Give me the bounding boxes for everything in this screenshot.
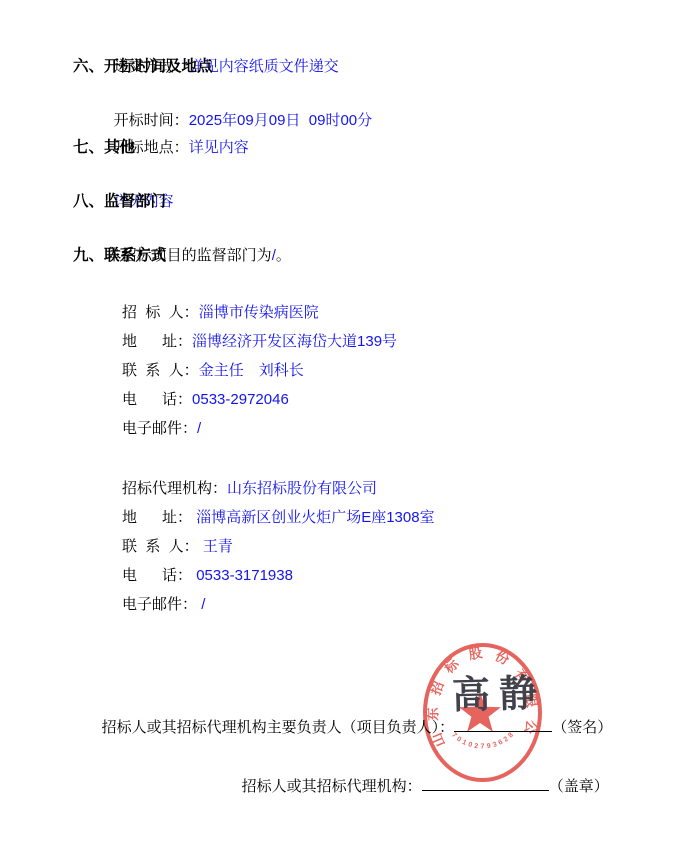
- tenderer-name-label: 招 标 人：: [122, 304, 199, 321]
- tenderer-email-label: 电子邮件：: [122, 420, 197, 437]
- supervision-row: 本招标项目的监督部门为/。: [90, 215, 676, 242]
- signature-line1-label: 招标人或其招标代理机构主要负责人（项目负责人）：: [102, 719, 455, 736]
- signature-line-org: 招标人或其招标代理机构：（盖章）: [225, 745, 676, 773]
- tender-notice-document: 递交方式：详见内容纸质文件递交 六、开标时间及地点 开标时间：2025年09月0…: [0, 0, 676, 868]
- tenderer-phone-value: 0533-2972046: [192, 391, 289, 408]
- open-time-row: 开标时间：2025年09月09日 09时00分: [97, 80, 676, 107]
- agency-phone-value: 0533-3171938: [192, 567, 293, 584]
- tenderer-phone-label: 电 话：: [122, 391, 192, 408]
- signature-line2-suffix: （盖章）: [549, 778, 609, 795]
- section9-heading: 九、联系方式: [73, 242, 676, 269]
- agency-contact-value: 王青: [199, 538, 233, 555]
- section8-heading: 八、监督部门: [73, 188, 676, 215]
- open-place-value: 详见内容: [189, 139, 249, 156]
- tenderer-email-value: /: [197, 420, 201, 437]
- delivery-method-row: 递交方式：详见内容纸质文件递交: [97, 26, 676, 53]
- agency-phone-label: 电 话：: [122, 567, 192, 584]
- signature-line-principal: 招标人或其招标代理机构主要负责人（项目负责人）：（签名）: [85, 686, 676, 714]
- tenderer-contact-block: 招 标 人：淄博市传染病医院 地 址：淄博经济开发区海岱大道139号 联 系 人…: [0, 269, 676, 414]
- agency-address-label: 地 址：: [122, 509, 192, 526]
- tenderer-name-row: 招 标 人：淄博市传染病医院: [97, 269, 676, 298]
- tenderer-name-value: 淄博市传染病医院: [199, 304, 319, 321]
- agency-name-value: 山东招标股份有限公司: [227, 480, 377, 497]
- tenderer-contact-label: 联 系 人：: [122, 362, 199, 379]
- supervision-suffix: 。: [276, 247, 291, 264]
- agency-email-label: 电子邮件：: [122, 596, 197, 613]
- agency-address-value: 淄博高新区创业火炬广场E座1308室: [192, 509, 435, 526]
- signature-line1-suffix: （签名）: [552, 719, 612, 736]
- open-time-label: 开标时间：: [114, 112, 189, 129]
- agency-email-value: /: [197, 596, 205, 613]
- handwritten-signature: 高静: [452, 675, 547, 715]
- tenderer-address-value: 淄博经济开发区海岱大道139号: [192, 333, 397, 350]
- signature-line2-label: 招标人或其招标代理机构：: [242, 778, 422, 795]
- section7-content: 详见内容: [97, 161, 676, 188]
- agency-name-row: 招标代理机构：山东招标股份有限公司: [97, 445, 676, 474]
- open-time-value: 2025年09月09日 09时00分: [189, 112, 372, 129]
- agency-contact-label: 联 系 人：: [122, 538, 199, 555]
- tenderer-contact-value: 金主任 刘科长: [199, 362, 304, 379]
- seal-blank-line: [422, 773, 549, 791]
- tenderer-address-label: 地 址：: [122, 333, 192, 350]
- agency-name-label: 招标代理机构：: [122, 480, 227, 497]
- section6-heading: 六、开标时间及地点: [73, 53, 676, 80]
